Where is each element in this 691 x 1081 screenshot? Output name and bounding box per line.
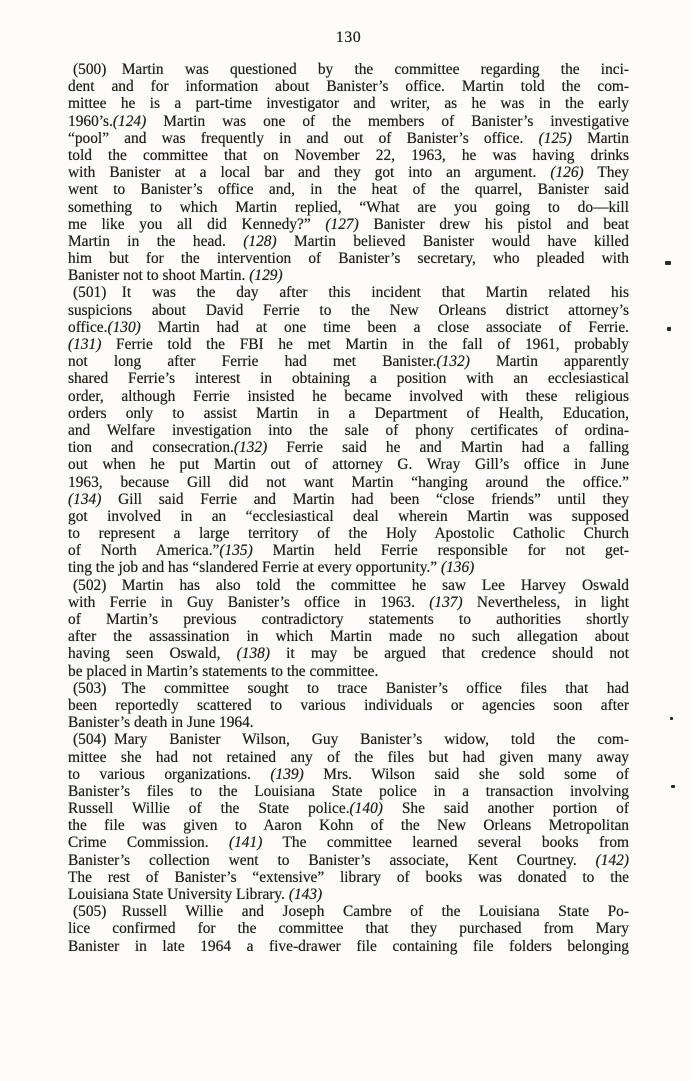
text-line: to represent a large territory of the Ho… (68, 525, 629, 542)
text-line: orders only to assist Martin in a Depart… (68, 405, 629, 422)
text-line: him but for the intervention of Banister… (68, 250, 629, 267)
citation-ref: (126) (550, 164, 583, 181)
page-number: 130 (68, 29, 629, 47)
text-run: mittee she had not retained any of the f… (68, 749, 629, 766)
citation-ref: (128) (243, 233, 276, 250)
text-line: 1960’s.(124) Martin was one of the membe… (68, 113, 629, 130)
citation-ref: (132) (234, 439, 267, 456)
citation-ref: (135) (219, 542, 252, 559)
text-run: orders only to assist Martin in a Depart… (68, 405, 629, 422)
text-run: not long after Ferrie had met Banister. (68, 353, 437, 370)
text-line: suspicions about David Ferrie to the New… (68, 302, 629, 319)
text-line: Crime Commission. (141) The committee le… (68, 834, 629, 851)
citation-ref: (132) (437, 353, 470, 370)
text-run: She said another portion of (383, 800, 629, 817)
text-line: dent and for information about Banister’… (68, 78, 629, 95)
citation-ref: (140) (350, 800, 383, 817)
text-line: Russell Willie of the State police.(140)… (68, 800, 629, 817)
text-line: be placed in Martin’s statements to the … (68, 663, 629, 680)
text-run: Banister not to shoot Martin. (68, 267, 249, 284)
text-line: (131) Ferrie told the FBI he met Martin … (68, 336, 629, 353)
text-run: Martin in the head. (68, 233, 243, 250)
text-line: lice confirmed for the committee that th… (68, 920, 629, 937)
text-line: got involved in an “ecclesiastical deal … (68, 508, 629, 525)
text-line: (503) The committee sought to trace Bani… (68, 680, 629, 697)
text-line: (501) It was the day after this incident… (68, 284, 629, 301)
text-run: Ferrie said he and Martin had a falling (267, 439, 629, 456)
text-run: Banister’s death in June 1964. (68, 714, 254, 731)
text-run: Louisiana State University Library. (68, 886, 289, 903)
text-run: it may be argued that credence should no… (270, 645, 629, 662)
text-run: Banister’s files to the Louisiana State … (68, 783, 629, 800)
text-line: Banister not to shoot Martin. (129) (68, 267, 629, 284)
scan-speck (670, 717, 673, 720)
text-run: Martin apparently (470, 353, 629, 370)
text-run: me like you all did Kennedy?” (68, 216, 325, 233)
scan-speck (667, 327, 671, 331)
text-line: went to Banister’s office and, in the he… (68, 181, 629, 198)
scan-speck (665, 261, 671, 265)
text-line: mittee he is a part-time investigator an… (68, 95, 629, 112)
text-line: ting the job and has “slandered Ferrie a… (68, 559, 629, 576)
text-line: having seen Oswald, (138) it may be argu… (68, 645, 629, 662)
text-line: and Welfare investigation into the sale … (68, 422, 629, 439)
citation-ref: (127) (325, 216, 358, 233)
text-run: Banister in late 1964 a five-drawer file… (68, 938, 629, 955)
citation-ref: (131) (68, 336, 101, 353)
text-line: of Martin’s previous contradictory state… (68, 611, 629, 628)
text-line: “pool” and was frequently in and out of … (68, 130, 629, 147)
text-run: ting the job and has “slandered Ferrie a… (68, 559, 441, 576)
text-line: Banister’s death in June 1964. (68, 714, 629, 731)
text-run: the file was given to Aaron Kohn of the … (68, 817, 629, 834)
text-run: Russell Willie of the State police. (68, 800, 350, 817)
text-run: The rest of Banister’s “extensive” libra… (68, 869, 629, 886)
text-line: after the assassination in which Martin … (68, 628, 629, 645)
text-run: lice confirmed for the committee that th… (68, 920, 629, 937)
text-line: Banister’s collection went to Banister’s… (68, 852, 629, 869)
text-line: (502) Martin has also told the committee… (68, 577, 629, 594)
text-line: office.(130) Martin had at one time been… (68, 319, 629, 336)
text-run: Martin had at one time been a close asso… (141, 319, 629, 336)
citation-ref: (139) (270, 766, 303, 783)
citation-ref: (143) (289, 886, 322, 903)
text-run: shared Ferrie’s interest in obtaining a … (68, 370, 629, 387)
text-run: having seen Oswald, (68, 645, 237, 662)
citation-ref: (137) (429, 594, 462, 611)
text-run: of North America.” (68, 542, 219, 559)
text-run: something to which Martin replied, “What… (68, 199, 629, 216)
text-run: (503) The committee sought to trace Bani… (73, 680, 629, 697)
text-line: me like you all did Kennedy?” (127) Bani… (68, 216, 629, 233)
text-run: (505) Russell Willie and Joseph Cambre o… (73, 903, 629, 920)
text-run: Martin believed Banister would have kill… (277, 233, 629, 250)
text-run: Mrs. Wilson said she sold some of (304, 766, 629, 783)
text-run: Crime Commission. (68, 834, 229, 851)
text-line: told the committee that on November 22, … (68, 147, 629, 164)
text-run: got involved in an “ecclesiastical deal … (68, 508, 629, 525)
text-run: mittee he is a part-time investigator an… (68, 95, 629, 112)
text-line: not long after Ferrie had met Banister.(… (68, 353, 629, 370)
text-run: Martin held Ferrie responsible for not g… (253, 542, 629, 559)
text-line: Banister’s files to the Louisiana State … (68, 783, 629, 800)
text-run: “pool” and was frequently in and out of … (68, 130, 539, 147)
text-line: something to which Martin replied, “What… (68, 199, 629, 216)
text-run: Banister’s collection went to Banister’s… (68, 852, 596, 869)
citation-ref: (142) (596, 852, 629, 869)
document-page: 130 (500) Martin was questioned by the c… (0, 0, 691, 1081)
text-run: Martin was one of the members of Baniste… (146, 113, 629, 130)
text-run: tion and consecration. (68, 439, 234, 456)
text-run: Ferrie told the FBI he met Martin in the… (101, 336, 629, 353)
text-line: The rest of Banister’s “extensive” libra… (68, 869, 629, 886)
text-run: after the assassination in which Martin … (68, 628, 629, 645)
text-line: with Banister at a local bar and they go… (68, 164, 629, 181)
citation-ref: (130) (107, 319, 140, 336)
text-line: to various organizations. (139) Mrs. Wil… (68, 766, 629, 783)
text-run: of Martin’s previous contradictory state… (68, 611, 629, 628)
citation-ref: (125) (539, 130, 572, 147)
text-run: Banister drew his pistol and beat (359, 216, 629, 233)
text-run: The committee learned several books from (262, 834, 629, 851)
text-run: (504) Mary Banister Wilson, Guy Banister… (73, 731, 629, 748)
text-run: (502) Martin has also told the committee… (73, 577, 629, 594)
text-line: Martin in the head. (128) Martin believe… (68, 233, 629, 250)
text-run: 1960’s. (68, 113, 113, 130)
text-run: dent and for information about Banister’… (68, 78, 629, 95)
text-line: the file was given to Aaron Kohn of the … (68, 817, 629, 834)
text-run: 1963, because Gill did not want Martin “… (68, 474, 629, 491)
text-run: order, although Ferrie insisted he becam… (68, 388, 629, 405)
text-run: told the committee that on November 22, … (68, 147, 629, 164)
text-line: order, although Ferrie insisted he becam… (68, 388, 629, 405)
text-line: of North America.”(135) Martin held Ferr… (68, 542, 629, 559)
text-run: Nevertheless, in light (463, 594, 629, 611)
text-run: to represent a large territory of the Ho… (68, 525, 629, 542)
citation-ref: (129) (249, 267, 282, 284)
text-run: office. (68, 319, 107, 336)
text-run: him but for the intervention of Banister… (68, 250, 629, 267)
text-run: went to Banister’s office and, in the he… (68, 181, 629, 198)
text-line: Banister in late 1964 a five-drawer file… (68, 938, 629, 955)
text-line: (504) Mary Banister Wilson, Guy Banister… (68, 731, 629, 748)
text-line: mittee she had not retained any of the f… (68, 749, 629, 766)
citation-ref: (138) (237, 645, 270, 662)
text-line: with Ferrie in Guy Banister’s office in … (68, 594, 629, 611)
text-run: (500) Martin was questioned by the commi… (73, 61, 629, 78)
text-line: tion and consecration.(132) Ferrie said … (68, 439, 629, 456)
text-run: be placed in Martin’s statements to the … (68, 663, 378, 680)
citation-ref: (124) (113, 113, 146, 130)
text-run: to various organizations. (68, 766, 270, 783)
text-run: been reportedly scattered to various ind… (68, 697, 629, 714)
citation-ref: (134) (68, 491, 101, 508)
citation-ref: (136) (441, 559, 474, 576)
scan-speck (671, 785, 675, 788)
text-line: 1963, because Gill did not want Martin “… (68, 474, 629, 491)
text-run: They (584, 164, 629, 181)
text-run: out when he put Martin out of attorney G… (68, 456, 629, 473)
text-line: (505) Russell Willie and Joseph Cambre o… (68, 903, 629, 920)
text-run: with Ferrie in Guy Banister’s office in … (68, 594, 429, 611)
text-line: (134) Gill said Ferrie and Martin had be… (68, 491, 629, 508)
text-line: shared Ferrie’s interest in obtaining a … (68, 370, 629, 387)
text-run: (501) It was the day after this incident… (73, 284, 629, 301)
text-line: Louisiana State University Library. (143… (68, 886, 629, 903)
citation-ref: (141) (229, 834, 262, 851)
text-run: suspicions about David Ferrie to the New… (68, 302, 629, 319)
text-run: with Banister at a local bar and they go… (68, 164, 550, 181)
text-line: been reportedly scattered to various ind… (68, 697, 629, 714)
text-line: out when he put Martin out of attorney G… (68, 456, 629, 473)
text-run: Gill said Ferrie and Martin had been “cl… (101, 491, 629, 508)
text-run: and Welfare investigation into the sale … (68, 422, 629, 439)
text-run: Martin (572, 130, 629, 147)
page-body: (500) Martin was questioned by the commi… (68, 61, 629, 955)
text-line: (500) Martin was questioned by the commi… (68, 61, 629, 78)
